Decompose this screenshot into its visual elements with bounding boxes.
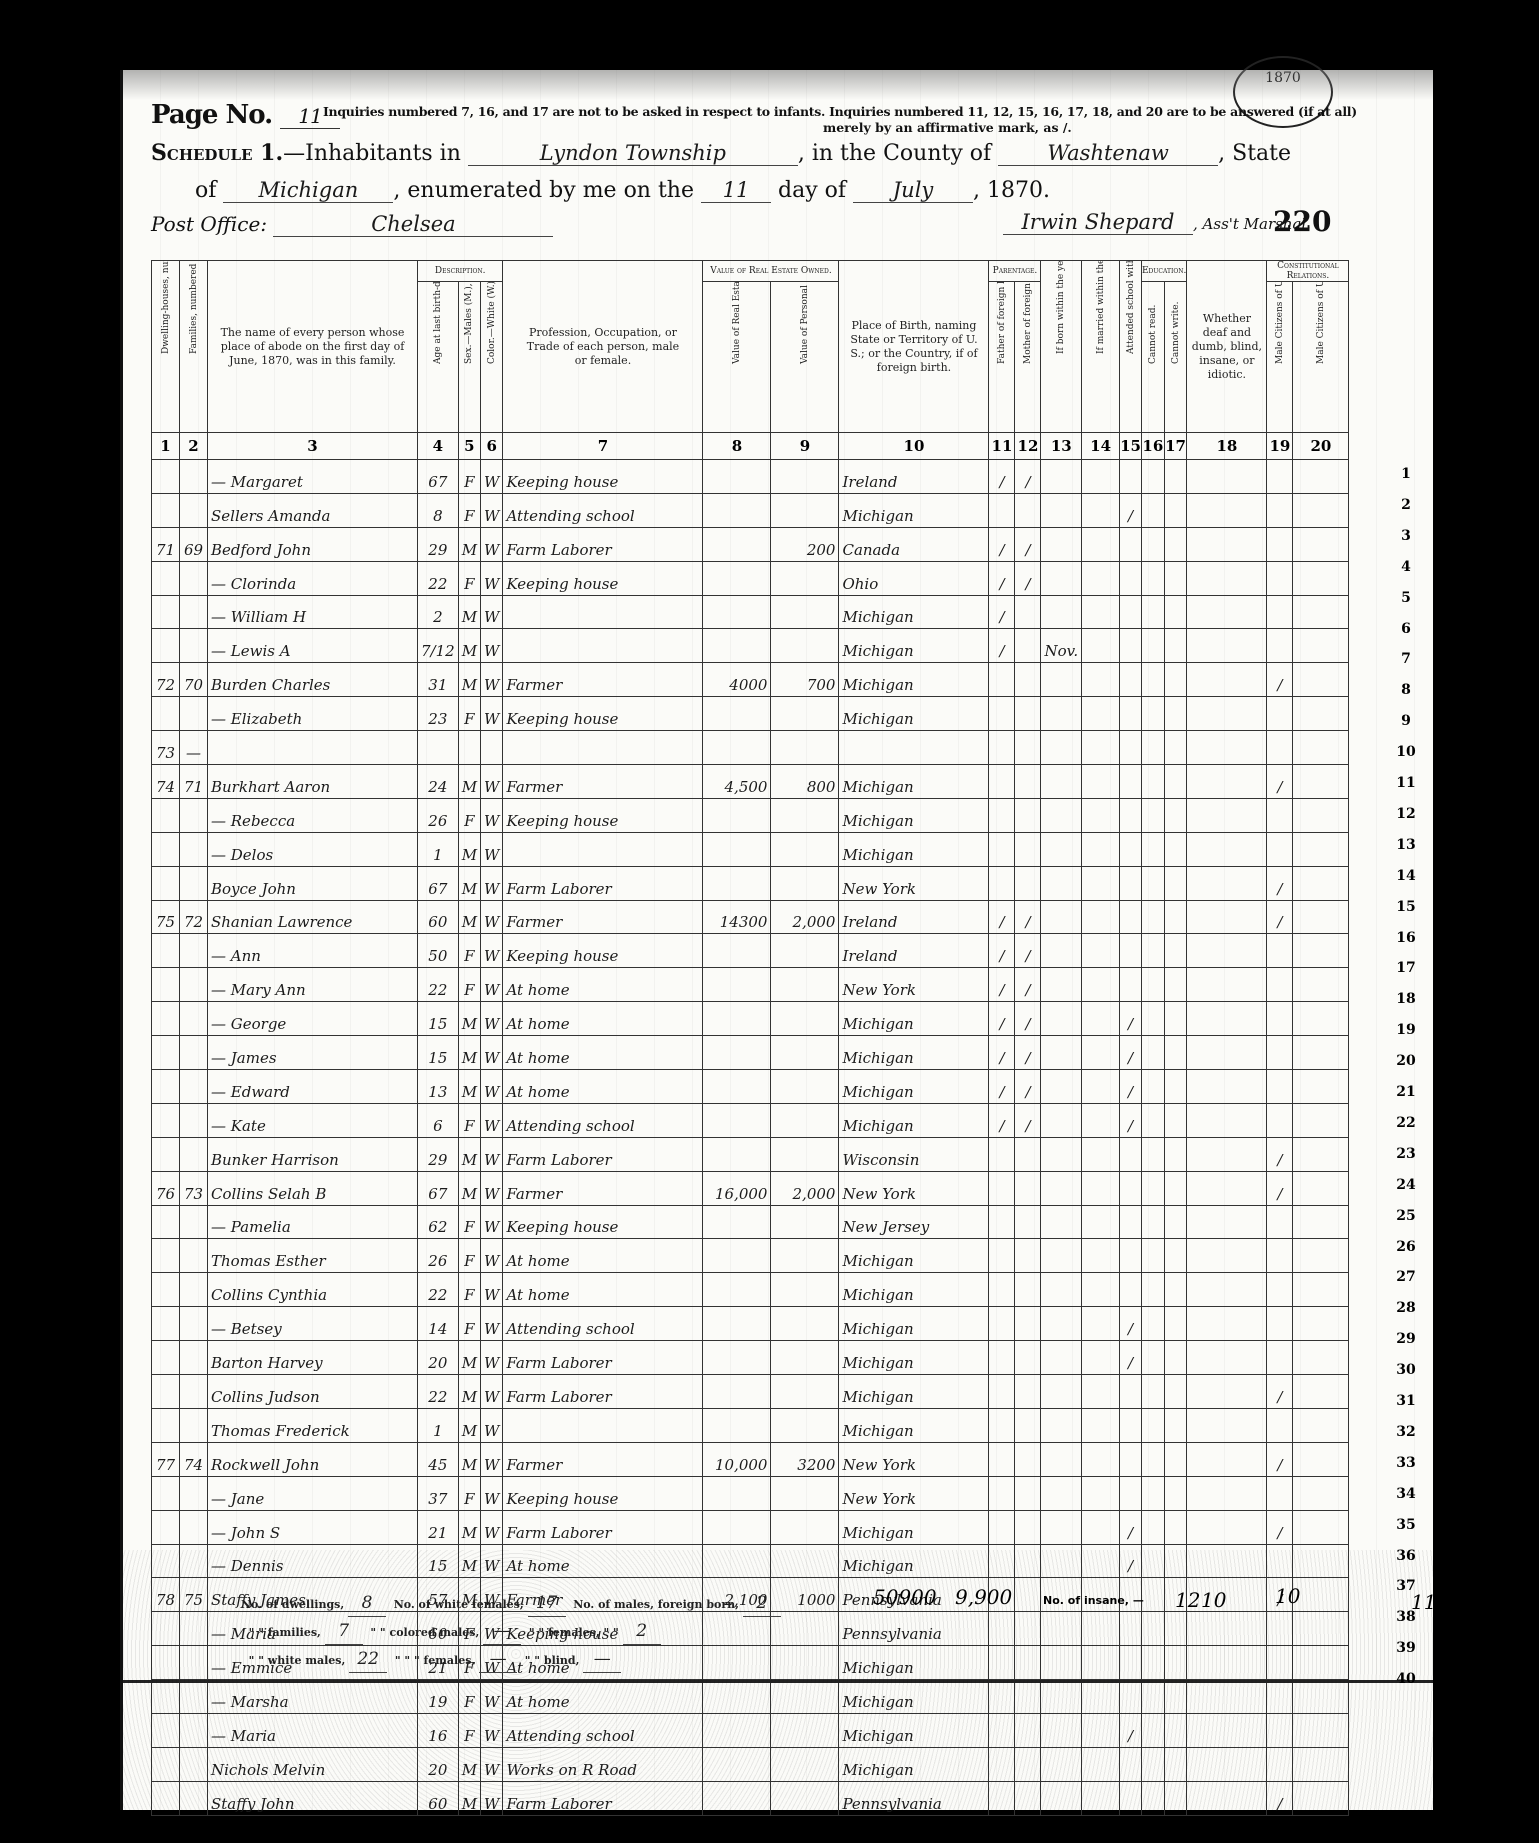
cell-school — [1120, 1171, 1142, 1205]
cell-color: W — [481, 968, 503, 1002]
line-number: 10 — [1391, 744, 1421, 760]
cell-blank — [1187, 1002, 1267, 1036]
cell-citizen — [1267, 1408, 1293, 1442]
cell-sex: F — [458, 460, 480, 494]
cell-dwelling — [152, 1680, 180, 1714]
cell-blank — [1293, 1307, 1349, 1341]
cell-born-month — [1041, 527, 1082, 561]
table-row: — Ann50FWKeeping houseIreland// — [152, 934, 1349, 968]
cell-citizen — [1267, 493, 1293, 527]
cell-occupation: Keeping house — [503, 697, 703, 731]
cell-blank — [1293, 1781, 1349, 1815]
cell-blank — [1164, 1544, 1187, 1578]
cell-school — [1120, 1239, 1142, 1273]
cell-birthplace: New York — [839, 1442, 989, 1476]
cell-blank — [1187, 1341, 1267, 1375]
cell-citizen — [1267, 968, 1293, 1002]
line-number: 16 — [1391, 930, 1421, 946]
line-number: 32 — [1391, 1424, 1421, 1440]
cell-color: W — [481, 1137, 503, 1171]
cell-blank — [1293, 1341, 1349, 1375]
cell-occupation — [503, 731, 703, 765]
cell-color: W — [481, 1070, 503, 1104]
cell-family — [180, 561, 208, 595]
constitutional-group-header: Constitutional Relations. — [1267, 261, 1349, 282]
cell-blank — [1187, 1713, 1267, 1747]
cell-birthplace: New Jersey — [839, 1205, 989, 1239]
cell-blank — [1082, 1307, 1120, 1341]
cell-blank — [1164, 866, 1187, 900]
cell-blank — [1164, 1476, 1187, 1510]
cell-born-month — [1041, 1408, 1082, 1442]
cell-school — [1120, 866, 1142, 900]
cell-citizen — [1267, 1476, 1293, 1510]
cell-color: W — [481, 866, 503, 900]
cell-name: — Marsha — [208, 1680, 418, 1714]
cell-father-foreign: / — [989, 1103, 1015, 1137]
cell-blank — [1164, 1239, 1187, 1273]
cell-blank — [1082, 1036, 1120, 1070]
cell-blank — [1141, 1239, 1164, 1273]
cell-blank — [1082, 1408, 1120, 1442]
cell-family — [180, 1002, 208, 1036]
cell-blank — [1141, 460, 1164, 494]
line-number: 9 — [1391, 713, 1421, 729]
cell-born-month — [1041, 1476, 1082, 1510]
cell-age: 29 — [418, 527, 459, 561]
cell-color: W — [481, 595, 503, 629]
cell-personal — [771, 1713, 839, 1747]
cell-name: Shanian Lawrence — [208, 900, 418, 934]
cell-citizen — [1267, 1713, 1293, 1747]
cell-occupation — [503, 832, 703, 866]
cell-blank — [1187, 765, 1267, 799]
cell-born-month — [1041, 1612, 1082, 1646]
line-number: 38 — [1391, 1609, 1421, 1625]
line-number: 11 — [1391, 775, 1421, 791]
cell-blank — [1164, 1205, 1187, 1239]
cell-citizen — [1267, 731, 1293, 765]
line-number: 12 — [1391, 806, 1421, 822]
cell-family — [180, 1510, 208, 1544]
line-number: 37 — [1391, 1578, 1421, 1594]
cell-born-month — [1041, 731, 1082, 765]
cell-sex: F — [458, 561, 480, 595]
cell-family — [180, 1070, 208, 1104]
marshal-name: Irwin Shepard — [1003, 210, 1193, 235]
cell-blank — [1082, 900, 1120, 934]
cell-occupation: Farmer — [503, 1442, 703, 1476]
cell-born-month — [1041, 1713, 1082, 1747]
cell-citizen: / — [1267, 900, 1293, 934]
cell-age: 20 — [418, 1341, 459, 1375]
cell-citizen — [1267, 595, 1293, 629]
cell-mother-foreign — [1015, 1408, 1041, 1442]
cell-dwelling — [152, 1205, 180, 1239]
insane-label: No. of insane, — — [1043, 1594, 1144, 1607]
cell-father-foreign: / — [989, 1036, 1015, 1070]
cell-blank — [1082, 1680, 1120, 1714]
cell-name: Burden Charles — [208, 663, 418, 697]
cell-sex: F — [458, 1713, 480, 1747]
cell-born-month — [1041, 1137, 1082, 1171]
col-header-1: Dwelling-houses, numbered in the order o… — [152, 261, 180, 433]
cell-mother-foreign — [1015, 1341, 1041, 1375]
cell-blank — [1187, 1781, 1267, 1815]
cell-citizen: / — [1267, 1442, 1293, 1476]
cell-real — [703, 1544, 771, 1578]
cell-blank — [1164, 561, 1187, 595]
cell-blank — [1293, 1680, 1349, 1714]
cell-real — [703, 493, 771, 527]
table-row: 7673Collins Selah B67MWFarmer16,0002,000… — [152, 1171, 1349, 1205]
cell-color: W — [481, 1307, 503, 1341]
cell-dwelling: 76 — [152, 1171, 180, 1205]
cell-blank — [1293, 1646, 1349, 1680]
cell-family: 73 — [180, 1171, 208, 1205]
cell-sex: F — [458, 697, 480, 731]
cell-citizen — [1267, 1341, 1293, 1375]
census-sheet: 1870 Page No. 11 Inquiries numbered 7, 1… — [120, 70, 1433, 1810]
cell-dwelling: 73 — [152, 731, 180, 765]
cell-personal — [771, 1103, 839, 1137]
cell-blank — [1141, 1578, 1164, 1612]
cell-blank — [1141, 1171, 1164, 1205]
cell-age: 60 — [418, 900, 459, 934]
cell-citizen: / — [1267, 1137, 1293, 1171]
cell-birthplace: Michigan — [839, 1510, 989, 1544]
cell-age: 15 — [418, 1544, 459, 1578]
cell-birthplace: Ohio — [839, 561, 989, 595]
cell-family — [180, 1137, 208, 1171]
cell-occupation: Attending school — [503, 1713, 703, 1747]
table-row: Sellers Amanda8FWAttending schoolMichiga… — [152, 493, 1349, 527]
cell-blank — [1082, 1442, 1120, 1476]
table-row: — Elizabeth23FWKeeping houseMichigan — [152, 697, 1349, 731]
cell-name: Burkhart Aaron — [208, 765, 418, 799]
cell-citizen — [1267, 798, 1293, 832]
blind-count: — — [583, 1646, 621, 1673]
table-row: — Maria16FWAttending schoolMichigan/ — [152, 1713, 1349, 1747]
cell-blank — [1187, 1544, 1267, 1578]
cell-birthplace: Michigan — [839, 663, 989, 697]
cell-sex: M — [458, 1544, 480, 1578]
cell-mother-foreign — [1015, 1646, 1041, 1680]
cell-blank — [1164, 629, 1187, 663]
cell-dwelling: 74 — [152, 765, 180, 799]
cell-blank — [1293, 1476, 1349, 1510]
cell-birthplace: Canada — [839, 527, 989, 561]
cell-real — [703, 1408, 771, 1442]
cell-blank — [1187, 1137, 1267, 1171]
cell-born-month — [1041, 765, 1082, 799]
cell-blank — [1164, 1171, 1187, 1205]
cell-name: — Kate — [208, 1103, 418, 1137]
cell-family — [180, 1713, 208, 1747]
cell-blank — [1187, 1103, 1267, 1137]
cell-mother-foreign — [1015, 1171, 1041, 1205]
cell-personal — [771, 1646, 839, 1680]
cell-age: 67 — [418, 866, 459, 900]
cell-blank — [1082, 629, 1120, 663]
cell-mother-foreign — [1015, 697, 1041, 731]
cell-blank — [1141, 1375, 1164, 1409]
cell-blank — [1141, 731, 1164, 765]
cell-name: Collins Judson — [208, 1375, 418, 1409]
cell-blank — [1141, 1002, 1164, 1036]
cell-color: W — [481, 460, 503, 494]
cell-blank — [1141, 1103, 1164, 1137]
cell-personal — [771, 1002, 839, 1036]
cell-personal: 200 — [771, 527, 839, 561]
cell-blank — [1164, 527, 1187, 561]
cell-blank — [1187, 798, 1267, 832]
cell-birthplace: Ireland — [839, 460, 989, 494]
cell-father-foreign — [989, 697, 1015, 731]
table-row: Barton Harvey20MWFarm LaborerMichigan/ — [152, 1341, 1349, 1375]
line-number: 14 — [1391, 868, 1421, 884]
cell-family — [180, 1205, 208, 1239]
enumeration-line: of Michigan, enumerated by me on the 11 … — [195, 178, 1050, 203]
cell-name: — Mary Ann — [208, 968, 418, 1002]
cell-citizen: / — [1267, 663, 1293, 697]
cell-blank — [1164, 460, 1187, 494]
cell-family — [180, 1544, 208, 1578]
cell-blank — [1164, 697, 1187, 731]
line-number: 8 — [1391, 682, 1421, 698]
cell-blank — [1164, 1781, 1187, 1815]
cell-citizen: / — [1267, 1781, 1293, 1815]
cell-blank — [1293, 900, 1349, 934]
cell-real — [703, 866, 771, 900]
cell-age: 20 — [418, 1747, 459, 1781]
cell-name: Thomas Frederick — [208, 1408, 418, 1442]
cell-blank — [1082, 493, 1120, 527]
line-number: 36 — [1391, 1548, 1421, 1564]
cell-sex: M — [458, 1341, 480, 1375]
cell-sex: M — [458, 629, 480, 663]
cell-father-foreign: / — [989, 1070, 1015, 1104]
cell-dwelling: 75 — [152, 900, 180, 934]
cell-birthplace: New York — [839, 1476, 989, 1510]
cell-born-month — [1041, 1646, 1082, 1680]
cell-sex: M — [458, 1747, 480, 1781]
cell-citizen — [1267, 1103, 1293, 1137]
cell-mother-foreign — [1015, 1476, 1041, 1510]
cell-personal: 2,000 — [771, 1171, 839, 1205]
cell-name: — Pamelia — [208, 1205, 418, 1239]
cell-name: — Margaret — [208, 460, 418, 494]
cell-blank — [1293, 934, 1349, 968]
cell-real — [703, 1307, 771, 1341]
cell-family — [180, 460, 208, 494]
cell-real: 4,500 — [703, 765, 771, 799]
cell-father-foreign — [989, 866, 1015, 900]
cell-real — [703, 1510, 771, 1544]
cell-dwelling: 72 — [152, 663, 180, 697]
cell-citizen — [1267, 1307, 1293, 1341]
cell-name: Thomas Esther — [208, 1239, 418, 1273]
instructions-notice: Inquiries numbered 7, 16, and 17 are not… — [323, 104, 1357, 119]
cell-born-month — [1041, 1510, 1082, 1544]
cell-real — [703, 798, 771, 832]
cell-born-month — [1041, 561, 1082, 595]
cell-real — [703, 561, 771, 595]
cell-blank — [1141, 561, 1164, 595]
cell-dwelling — [152, 832, 180, 866]
cell-family — [180, 798, 208, 832]
cell-born-month — [1041, 1103, 1082, 1137]
cell-sex: F — [458, 798, 480, 832]
line-number: 15 — [1391, 899, 1421, 915]
cell-occupation: At home — [503, 1036, 703, 1070]
cell-sex: F — [458, 1307, 480, 1341]
cell-father-foreign — [989, 1680, 1015, 1714]
cell-birthplace: Michigan — [839, 1002, 989, 1036]
cell-blank — [1082, 460, 1120, 494]
cell-personal — [771, 1612, 839, 1646]
cell-blank — [1187, 934, 1267, 968]
cell-blank — [1164, 1510, 1187, 1544]
cell-age: 23 — [418, 697, 459, 731]
cell-blank — [1187, 1307, 1267, 1341]
cell-blank — [1141, 1510, 1164, 1544]
cell-blank — [1293, 765, 1349, 799]
cell-blank — [1164, 731, 1187, 765]
cell-personal — [771, 1307, 839, 1341]
cell-citizen — [1267, 1544, 1293, 1578]
cell-blank — [1082, 1171, 1120, 1205]
cell-name: — Betsey — [208, 1307, 418, 1341]
cell-father-foreign — [989, 1273, 1015, 1307]
cell-mother-foreign — [1015, 595, 1041, 629]
cell-color: W — [481, 1510, 503, 1544]
cell-occupation: Farm Laborer — [503, 1137, 703, 1171]
cell-dwelling — [152, 968, 180, 1002]
cell-age: 37 — [418, 1476, 459, 1510]
cell-occupation — [503, 629, 703, 663]
cell-age: 16 — [418, 1713, 459, 1747]
cell-sex: M — [458, 1070, 480, 1104]
cell-occupation: Works on R Road — [503, 1747, 703, 1781]
cell-personal — [771, 595, 839, 629]
cell-father-foreign: / — [989, 900, 1015, 934]
cell-citizen — [1267, 1070, 1293, 1104]
cell-mother-foreign — [1015, 1713, 1041, 1747]
col-header-14: If married within the year, state month … — [1082, 261, 1120, 433]
cell-father-foreign — [989, 1307, 1015, 1341]
cell-real — [703, 1747, 771, 1781]
cell-blank — [1187, 1747, 1267, 1781]
cell-family — [180, 866, 208, 900]
cell-blank — [1141, 1341, 1164, 1375]
cell-citizen: / — [1267, 1510, 1293, 1544]
cell-name: — James — [208, 1036, 418, 1070]
cell-born-month — [1041, 1680, 1082, 1714]
cell-occupation — [503, 1408, 703, 1442]
cell-blank — [1187, 1680, 1267, 1714]
cell-real — [703, 832, 771, 866]
line-number: 6 — [1391, 621, 1421, 637]
cell-blank — [1141, 1713, 1164, 1747]
cell-born-month — [1041, 1036, 1082, 1070]
cell-personal — [771, 1476, 839, 1510]
white-females-count: 17 — [528, 1590, 566, 1617]
cell-family — [180, 697, 208, 731]
cell-birthplace: Michigan — [839, 1070, 989, 1104]
cell-dwelling — [152, 697, 180, 731]
cell-school: / — [1120, 1713, 1142, 1747]
cell-dwelling — [152, 1510, 180, 1544]
cell-blank — [1164, 900, 1187, 934]
line-number: 21 — [1391, 1084, 1421, 1100]
cell-real: 4000 — [703, 663, 771, 697]
cell-mother-foreign — [1015, 798, 1041, 832]
table-row: Bunker Harrison29MWFarm LaborerWisconsin… — [152, 1137, 1349, 1171]
cell-real — [703, 1137, 771, 1171]
cell-real — [703, 629, 771, 663]
cell-blank — [1187, 1612, 1267, 1646]
cell-personal — [771, 1341, 839, 1375]
cell-sex: M — [458, 900, 480, 934]
table-row: 7471Burkhart Aaron24MWFarmer4,500800Mich… — [152, 765, 1349, 799]
cell-real — [703, 1375, 771, 1409]
cell-school: / — [1120, 1341, 1142, 1375]
col-header-7: Profession, Occupation, or Trade of each… — [503, 261, 703, 433]
cell-occupation: Attending school — [503, 1103, 703, 1137]
cell-family — [180, 1408, 208, 1442]
col-header-18: Whether deaf and dumb, blind, insane, or… — [1187, 261, 1267, 433]
table-row: — Kate6FWAttending schoolMichigan/// — [152, 1103, 1349, 1137]
cell-sex: M — [458, 1036, 480, 1070]
cell-color: W — [481, 1713, 503, 1747]
cell-real — [703, 1036, 771, 1070]
cell-color: W — [481, 1375, 503, 1409]
cell-born-month — [1041, 1781, 1082, 1815]
cell-blank — [1082, 731, 1120, 765]
cell-mother-foreign: / — [1015, 1070, 1041, 1104]
line-number: 4 — [1391, 559, 1421, 575]
cell-real — [703, 1239, 771, 1273]
cell-occupation: Attending school — [503, 1307, 703, 1341]
cell-sex: M — [458, 1442, 480, 1476]
cell-personal — [771, 1036, 839, 1070]
cell-blank — [1082, 1002, 1120, 1036]
cell-dwelling — [152, 1375, 180, 1409]
cell-born-month — [1041, 900, 1082, 934]
cell-occupation: At home — [503, 1002, 703, 1036]
table-row: — Marsha19FWAt homeMichigan — [152, 1680, 1349, 1714]
cell-dwelling — [152, 798, 180, 832]
line-number: 13 — [1391, 837, 1421, 853]
cell-age: 22 — [418, 561, 459, 595]
cell-birthplace: Michigan — [839, 1747, 989, 1781]
state-field: Michigan — [223, 178, 393, 203]
cell-father-foreign: / — [989, 934, 1015, 968]
cell-mother-foreign: / — [1015, 1002, 1041, 1036]
cell-blank — [1164, 832, 1187, 866]
cell-occupation: At home — [503, 1070, 703, 1104]
cell-father-foreign: / — [989, 527, 1015, 561]
cell-personal — [771, 1747, 839, 1781]
cell-blank — [1293, 866, 1349, 900]
cell-mother-foreign — [1015, 866, 1041, 900]
cell-father-foreign: / — [989, 968, 1015, 1002]
cell-real: 10,000 — [703, 1442, 771, 1476]
cell-age: 26 — [418, 798, 459, 832]
cell-color: W — [481, 493, 503, 527]
parentage-group-header: Parentage. — [989, 261, 1041, 282]
